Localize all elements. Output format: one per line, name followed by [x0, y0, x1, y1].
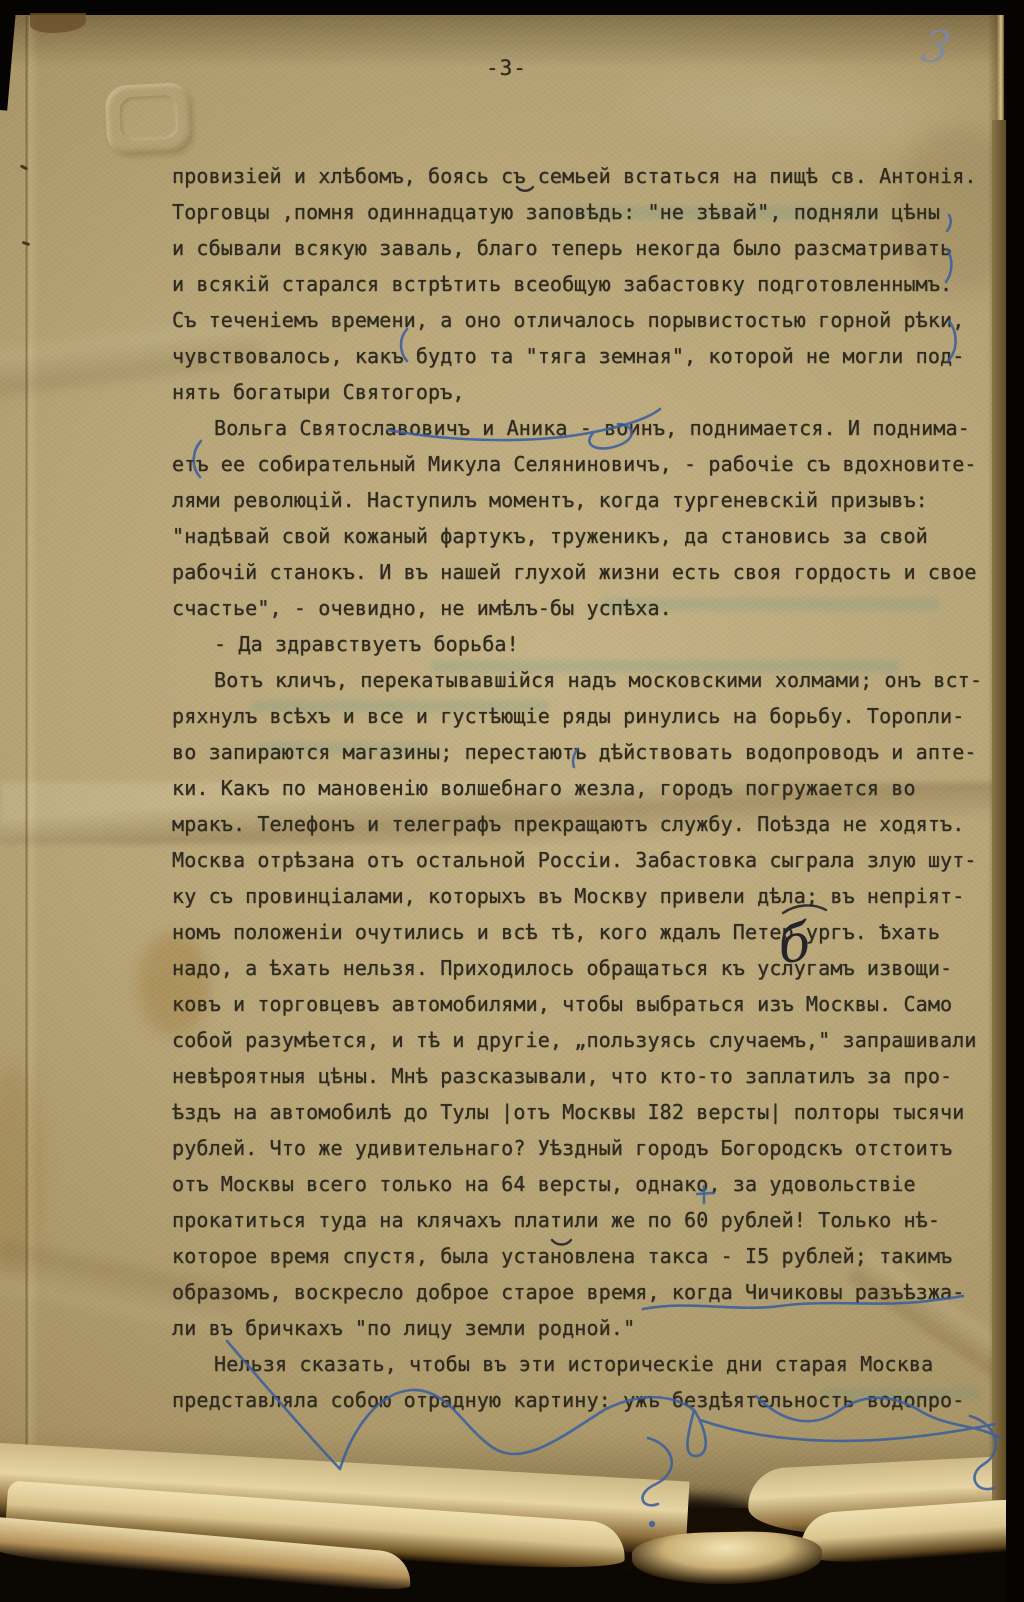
typescript-line: Москва отрѣзана отъ остальной Россіи. За… [172, 842, 980, 878]
background-right [1006, 0, 1024, 1602]
typescript-line: невѣроятныя цѣны. Мнѣ разсказывали, что … [172, 1058, 980, 1094]
typescript-line: етъ ее собирательный Микула Селяниновичъ… [172, 446, 980, 482]
typescript-line: прокатиться туда на клячахъ платили же п… [172, 1202, 980, 1238]
under-sheet-edge [992, 120, 1006, 1500]
typed-page-number: -3- [486, 56, 527, 80]
typescript-line: ряхнулъ всѣхъ и все и густѣющіе ряды рин… [172, 698, 980, 734]
typescript-line: Нельзя сказать, чтобы въ эти историческі… [172, 1346, 980, 1382]
typescript-line: и всякій старался встрѣтить всеобщую заб… [172, 266, 980, 302]
typescript-line: провизіей и хлѣбомъ, боясь съ семьей вст… [172, 158, 980, 194]
typescript-line: Вотъ кличъ, перекатывавшійся надъ москов… [172, 662, 980, 698]
typescript-line: ку съ провинціалами, которыхъ въ Москву … [172, 878, 980, 914]
typescript-line: номъ положеніи очутились и всѣ тѣ, кого … [172, 914, 980, 950]
bottom-shadow [0, 1432, 1004, 1502]
typescript-line: рабочій станокъ. И въ нашей глухой жизни… [172, 554, 980, 590]
typescript-line: отъ Москвы всего только на 64 версты, од… [172, 1166, 980, 1202]
typescript-line: нять богатыри Святогоръ, [172, 374, 980, 410]
typescript-line: и сбывали всякую заваль, благо теперь не… [172, 230, 980, 266]
embossed-stamp [104, 82, 194, 156]
typescript-line: чувствовалось, какъ будто та "тяга земна… [172, 338, 980, 374]
typescript-line: "надѣвай свой кожаный фартукъ, труженикъ… [172, 518, 980, 554]
typescript-line: ли въ бричкахъ "по лицу земли родной." [172, 1310, 980, 1346]
typescript-line: Вольга Святославовичъ и Аника - воинъ, п… [172, 410, 980, 446]
typescript-text-block: провизіей и хлѣбомъ, боясь съ семьей вст… [172, 158, 980, 1418]
typescript-line: представляла собою отрадную картину: ужъ… [172, 1382, 980, 1418]
scanned-document-page: -3- 3 провизіей и хлѣбомъ, боясь съ семь… [0, 0, 1024, 1602]
typescript-line: надо, а ѣхать нельзя. Приходилось обраща… [172, 950, 980, 986]
left-fold-highlight [29, 16, 39, 1516]
typescript-line: лями революцій. Наступилъ моментъ, когда… [172, 482, 980, 518]
typescript-line: - Да здравствуетъ борьба! [172, 626, 980, 662]
background-below-pages [0, 1508, 1024, 1602]
embossed-stamp-inner [119, 95, 179, 142]
typescript-line: счастье", - очевидно, не имѣлъ-бы успѣха… [172, 590, 980, 626]
typescript-line: которое время спустя, была установлена т… [172, 1238, 980, 1274]
typescript-line: мракъ. Телефонъ и телеграфъ прекращаютъ … [172, 806, 980, 842]
typescript-line: Торговцы ,помня одиннадцатую заповѣдь: "… [172, 194, 980, 230]
typescript-line: ковъ и торговцевъ автомобилями, чтобы вы… [172, 986, 980, 1022]
typescript-line: во запираются магазины; перестаютъ дѣйст… [172, 734, 980, 770]
typescript-line: ѣздъ на автомобилѣ до Тулы |отъ Москвы I… [172, 1094, 980, 1130]
typescript-line: ки. Какъ по мановенію волшебнаго жезла, … [172, 770, 980, 806]
typescript-line: образомъ, воскресло доброе старое время,… [172, 1274, 980, 1310]
typescript-line: собой разумѣется, и тѣ и другіе, „пользу… [172, 1022, 980, 1058]
background-top [0, 0, 1024, 15]
typescript-line: рублей. Что же удивительнаго? Уѣздный го… [172, 1130, 980, 1166]
typescript-line: Съ теченіемъ времени, а оно отличалось п… [172, 302, 980, 338]
